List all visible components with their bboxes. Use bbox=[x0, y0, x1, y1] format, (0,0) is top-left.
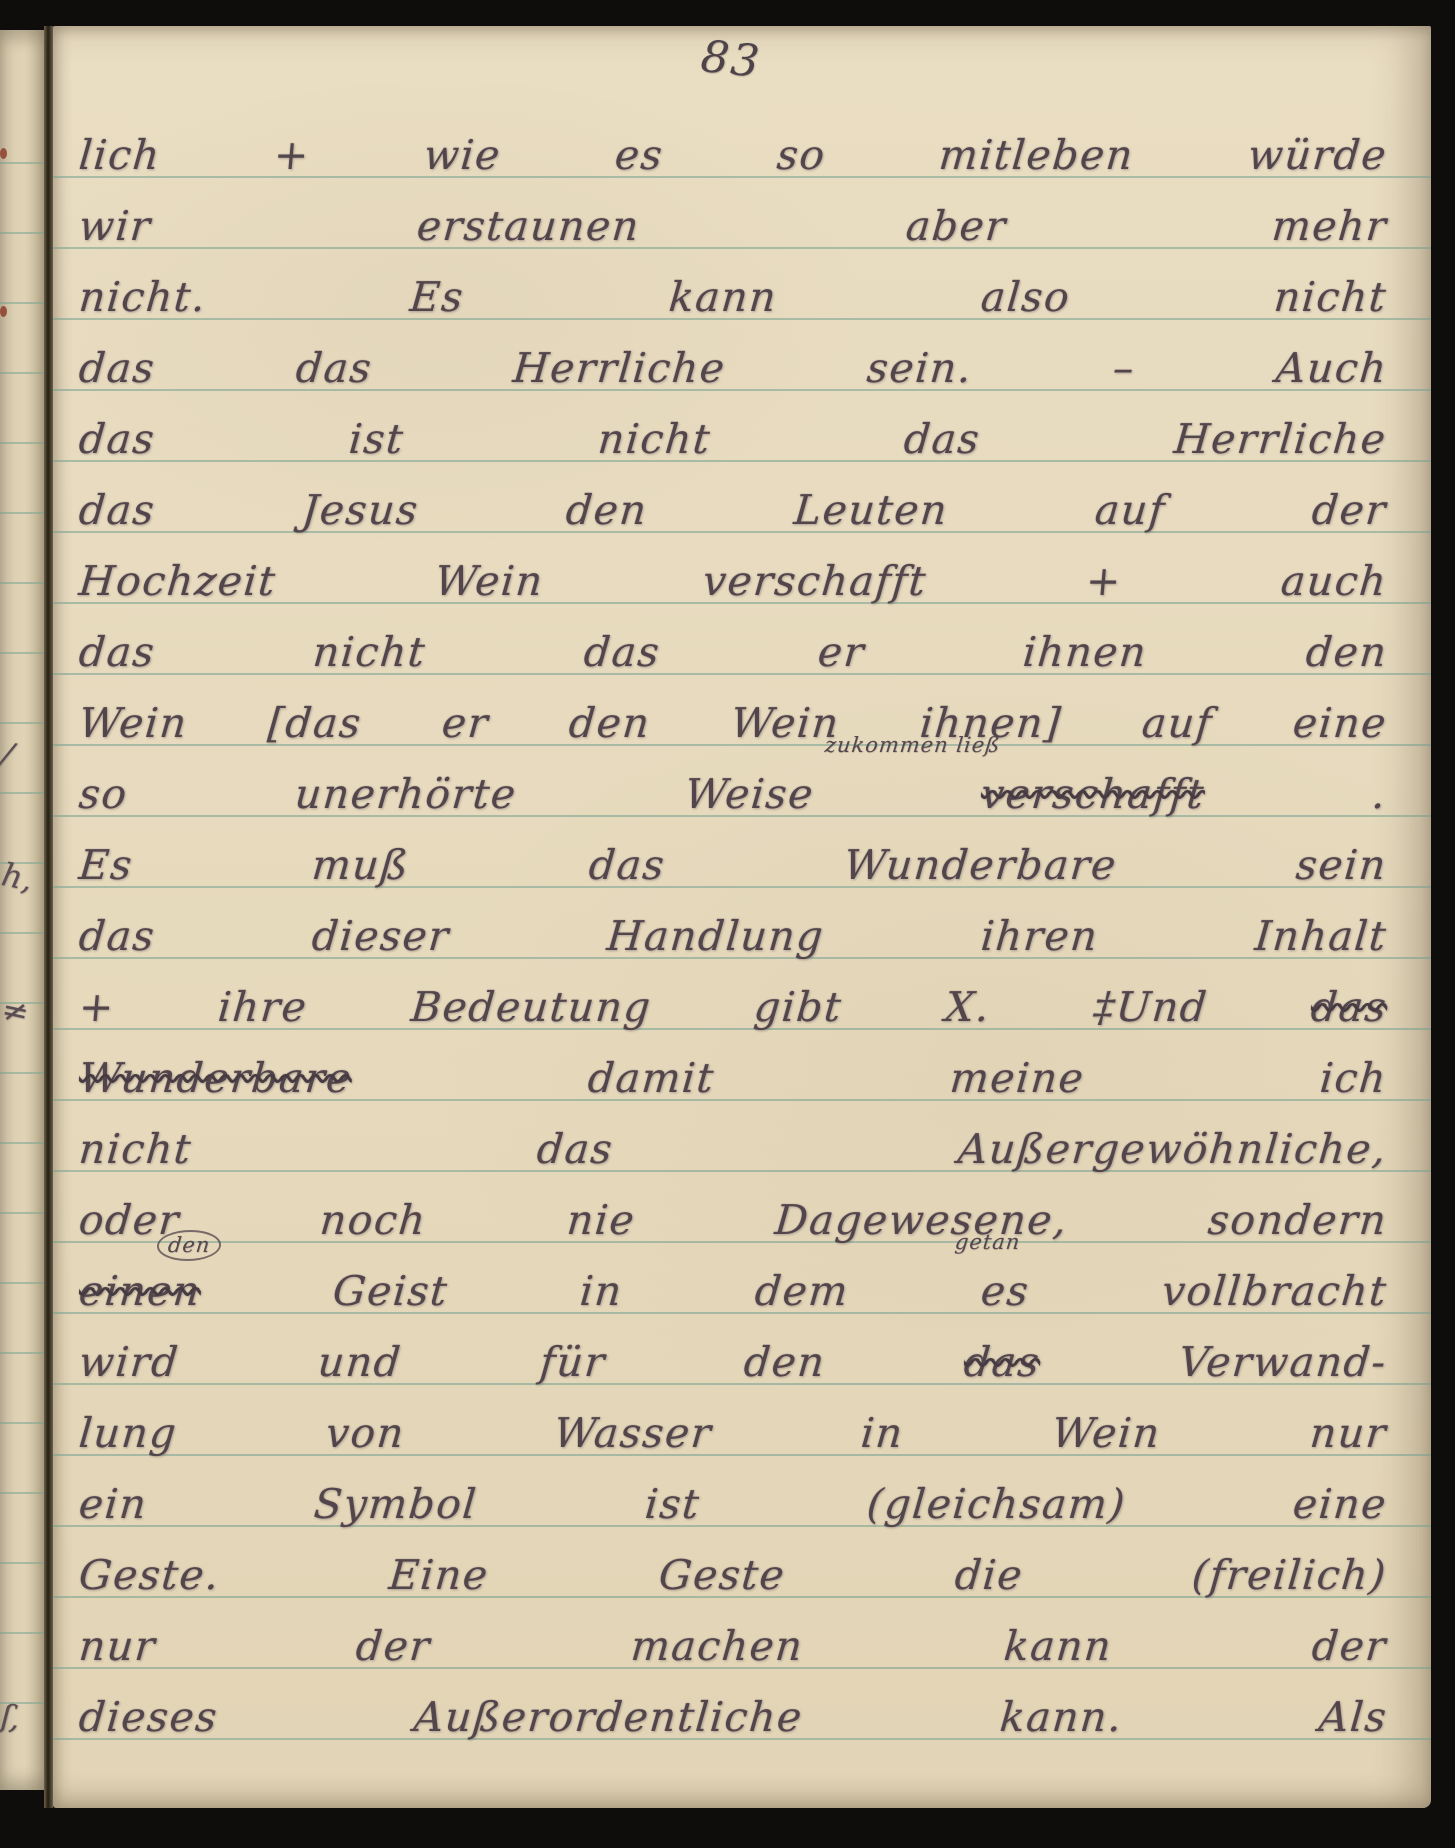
handwritten-word: kann bbox=[1002, 1628, 1113, 1666]
handwritten-word: Jesus bbox=[300, 492, 420, 530]
handwritten-word: so bbox=[77, 776, 129, 814]
handwritten-word: vollbracht bbox=[1160, 1273, 1389, 1311]
handwritten-word: und bbox=[316, 1344, 403, 1382]
handwritten-word: nicht. bbox=[77, 279, 208, 317]
handwritten-word: dieser bbox=[311, 918, 452, 956]
handwriting-line: wirdundfürdendasVerwand- bbox=[79, 1311, 1387, 1382]
handwritten-word: von bbox=[325, 1415, 407, 1453]
handwritten-word: lich bbox=[77, 137, 162, 175]
handwriting-line: einSymbolist(gleichsam)eine bbox=[79, 1453, 1387, 1524]
handwritten-word: das bbox=[77, 350, 157, 388]
handwritten-word: (freilich) bbox=[1191, 1557, 1389, 1595]
handwritten-word: das bbox=[294, 350, 374, 388]
handwritten-word: machen bbox=[630, 1628, 806, 1666]
interline-insertion: zukommen ließ bbox=[823, 733, 1001, 757]
handwriting-line: Wein[daserdenWeinihnen]aufeine bbox=[79, 672, 1387, 743]
handwriting-block: lich+wieessomitlebenwürdewirerstaunenabe… bbox=[79, 104, 1387, 1737]
handwritten-word: ‡Und bbox=[1092, 989, 1209, 1027]
handwriting-line: dasJesusdenLeutenaufder bbox=[79, 459, 1387, 530]
handwritten-word: dem bbox=[754, 1273, 851, 1311]
handwritten-word: Außergewöhnliche, bbox=[957, 1131, 1389, 1169]
handwritten-word: + bbox=[273, 137, 312, 175]
handwriting-line: dasistnichtdasHerrliche bbox=[79, 388, 1387, 459]
handwritten-word: auch bbox=[1279, 563, 1389, 601]
handwritten-word: er bbox=[440, 705, 490, 743]
handwritten-word: es bbox=[980, 1273, 1032, 1311]
handwritten-word: Als bbox=[1317, 1699, 1389, 1737]
handwritten-word: das bbox=[903, 421, 983, 459]
handwritten-word: Auch bbox=[1274, 350, 1389, 388]
red-ink-speck bbox=[0, 306, 7, 317]
handwritten-word: kann bbox=[667, 279, 778, 317]
handwritten-word: die bbox=[953, 1557, 1024, 1595]
handwritten-word: Wasser bbox=[552, 1415, 713, 1453]
handwritten-word: Verwand- bbox=[1178, 1344, 1389, 1382]
handwriting-line: dasdasHerrlichesein.–Auch bbox=[79, 317, 1387, 388]
handwritten-word: damit bbox=[586, 1060, 716, 1098]
scan-background: { "page": { "number": "83", "kind": "han… bbox=[0, 0, 1455, 1848]
handwritten-word: sein. bbox=[865, 350, 974, 388]
handwritten-word: das bbox=[587, 847, 667, 885]
handwritten-word: Herrliche bbox=[1173, 421, 1389, 459]
handwritten-word: das bbox=[77, 634, 157, 672]
interline-insertion: getan bbox=[954, 1230, 1022, 1254]
handwritten-word: Es bbox=[77, 847, 134, 885]
handwritten-word: erstaunen bbox=[415, 208, 641, 246]
handwritten-word: das bbox=[583, 634, 663, 672]
previous-page-edge: /h,≠ʃ, bbox=[0, 30, 44, 1790]
handwritten-word: Handlung bbox=[605, 918, 825, 956]
handwritten-word: noch bbox=[318, 1202, 428, 1240]
handwritten-word: das bbox=[77, 918, 157, 956]
struck-word: das bbox=[1309, 989, 1389, 1027]
handwritten-word: nur bbox=[77, 1628, 157, 1666]
handwritten-word: den bbox=[564, 492, 649, 530]
handwritten-word: – bbox=[1111, 350, 1136, 388]
handwritten-word: Außerordentliche bbox=[413, 1699, 805, 1737]
handwritten-word: ihren bbox=[979, 918, 1100, 956]
handwritten-word: Weise bbox=[683, 776, 815, 814]
handwritten-word: dieses bbox=[77, 1699, 219, 1737]
handwritten-word: Bedeutung bbox=[409, 989, 653, 1027]
handwritten-word: kann. bbox=[998, 1699, 1124, 1737]
handwritten-word: eine bbox=[1291, 705, 1388, 743]
handwriting-line: lungvonWasserinWeinnur bbox=[79, 1382, 1387, 1453]
handwritten-word: meine bbox=[948, 1060, 1086, 1098]
handwritten-word: + bbox=[1084, 563, 1123, 601]
struck-word: verschafft bbox=[979, 776, 1206, 814]
handwriting-line: nichtdasAußergewöhnliche, bbox=[79, 1098, 1387, 1169]
handwritten-word: ihre bbox=[216, 989, 309, 1027]
handwritten-word: es bbox=[613, 137, 665, 175]
handwritten-word: muß bbox=[311, 847, 411, 885]
handwritten-word: mehr bbox=[1270, 208, 1388, 246]
handwriting-line: EsmußdasWunderbaresein bbox=[79, 814, 1387, 885]
handwritten-word: den bbox=[1304, 634, 1389, 672]
handwritten-word: ich bbox=[1318, 1060, 1388, 1098]
handwritten-word: . bbox=[1371, 776, 1389, 814]
handwritten-word: ist bbox=[643, 1486, 701, 1524]
handwriting-line: dasnichtdaserihnenden bbox=[79, 601, 1387, 672]
previous-page-ruled-lines bbox=[0, 162, 44, 1742]
handwritten-word: er bbox=[817, 634, 867, 672]
struck-word: einen bbox=[77, 1273, 202, 1311]
handwritten-word: also bbox=[979, 279, 1072, 317]
handwritten-word: ein bbox=[77, 1486, 149, 1524]
handwritten-word: auf bbox=[1093, 492, 1167, 530]
handwritten-word: nicht bbox=[77, 1131, 193, 1169]
handwritten-word: wir bbox=[77, 208, 153, 246]
handwritten-word: auf bbox=[1140, 705, 1214, 743]
handwriting-line: einenGeistindemesvollbrachtdengetan bbox=[79, 1240, 1387, 1311]
handwritten-word: Wein bbox=[434, 563, 546, 601]
handwritten-word: sein bbox=[1295, 847, 1389, 885]
handwritten-word: wie bbox=[422, 137, 502, 175]
handwritten-word: Wein bbox=[1051, 1415, 1163, 1453]
handwritten-word: das bbox=[77, 421, 157, 459]
handwritten-word: Wein bbox=[77, 705, 189, 743]
handwritten-word: aber bbox=[904, 208, 1008, 246]
handwriting-line: sounerhörteWeiseverschafft.zukommen ließ bbox=[79, 743, 1387, 814]
handwritten-word: eine bbox=[1291, 1486, 1388, 1524]
handwritten-word: würde bbox=[1246, 137, 1388, 175]
handwritten-word: nie bbox=[565, 1202, 637, 1240]
handwriting-line: +ihreBedeutunggibtX.‡Unddas bbox=[79, 956, 1387, 1027]
handwritten-word: sondern bbox=[1206, 1202, 1388, 1240]
handwriting-line: diesesAußerordentlichekann.Als bbox=[79, 1666, 1387, 1737]
handwritten-word: wird bbox=[77, 1344, 180, 1382]
handwritten-word: Geste bbox=[657, 1557, 787, 1595]
handwritten-word: Hochzeit bbox=[77, 563, 278, 601]
handwriting-line: lich+wieessomitlebenwürde bbox=[79, 104, 1387, 175]
handwritten-word: für bbox=[538, 1344, 607, 1382]
handwritten-word: Symbol bbox=[313, 1486, 479, 1524]
handwritten-word: nicht bbox=[312, 634, 428, 672]
handwritten-word: der bbox=[1311, 492, 1389, 530]
handwritten-word: [das bbox=[266, 705, 363, 743]
handwritten-word: in bbox=[859, 1415, 905, 1453]
handwriting-line: nurdermachenkannder bbox=[79, 1595, 1387, 1666]
handwritten-word: + bbox=[77, 989, 116, 1027]
handwritten-word: nicht bbox=[596, 421, 712, 459]
handwritten-word: Geste. bbox=[77, 1557, 221, 1595]
handwritten-word: unerhörte bbox=[294, 776, 519, 814]
handwritten-word: Leuten bbox=[792, 492, 949, 530]
handwritten-word: ihnen bbox=[1022, 634, 1149, 672]
handwritten-word: Inhalt bbox=[1253, 918, 1388, 956]
handwritten-word: der bbox=[1311, 1628, 1389, 1666]
handwriting-line: nicht.Eskannalsonicht bbox=[79, 246, 1387, 317]
handwritten-word: der bbox=[355, 1628, 433, 1666]
binding-gutter bbox=[44, 26, 53, 1808]
struck-word: das bbox=[963, 1344, 1043, 1382]
handwritten-word: nicht bbox=[1272, 279, 1388, 317]
handwriting-line: odernochnieDagewesene,sondern bbox=[79, 1169, 1387, 1240]
handwriting-line: wirerstaunenabermehr bbox=[79, 175, 1387, 246]
handwritten-word: das bbox=[77, 492, 157, 530]
handwritten-word: den bbox=[568, 705, 653, 743]
handwritten-word: Eine bbox=[388, 1557, 491, 1595]
handwritten-word: X. bbox=[944, 989, 993, 1027]
handwritten-word: so bbox=[775, 137, 827, 175]
page-number: 83 bbox=[698, 31, 763, 88]
handwritten-word: Wunderbare bbox=[842, 847, 1118, 885]
handwritten-word: Wein bbox=[729, 705, 841, 743]
handwritten-word: mitleben bbox=[938, 137, 1136, 175]
handwritten-word: ist bbox=[347, 421, 405, 459]
handwritten-word: lung bbox=[77, 1415, 178, 1453]
handwriting-line: HochzeitWeinverschafft+auch bbox=[79, 530, 1387, 601]
handwritten-word: gibt bbox=[753, 989, 844, 1027]
interline-insertion: den bbox=[156, 1230, 224, 1261]
handwritten-word: das bbox=[535, 1131, 615, 1169]
handwritten-word: (gleichsam) bbox=[865, 1486, 1127, 1524]
handwriting-line: Wunderbaredamitmeineich bbox=[79, 1027, 1387, 1098]
struck-word: Wunderbare bbox=[77, 1060, 353, 1098]
handwritten-word: Herrliche bbox=[511, 350, 727, 388]
handwritten-word: Dagewesene, bbox=[773, 1202, 1069, 1240]
red-ink-speck bbox=[0, 148, 7, 159]
handwritten-word: den bbox=[743, 1344, 828, 1382]
handwritten-word: Es bbox=[409, 279, 466, 317]
handwritten-word: Geist bbox=[331, 1273, 449, 1311]
notebook-page: 83 lich+wieessomitlebenwürdewirerstaunen… bbox=[53, 26, 1431, 1808]
handwriting-line: dasdieserHandlungihrenInhalt bbox=[79, 885, 1387, 956]
handwritten-word: in bbox=[579, 1273, 625, 1311]
handwritten-word: nur bbox=[1308, 1415, 1388, 1453]
handwritten-word: verschafft bbox=[701, 563, 928, 601]
handwriting-line: Geste.EineGestedie(freilich) bbox=[79, 1524, 1387, 1595]
